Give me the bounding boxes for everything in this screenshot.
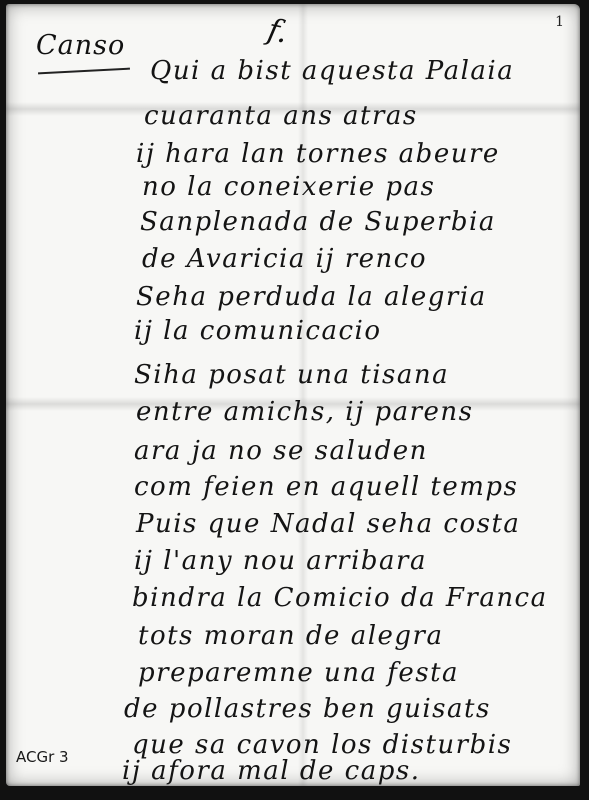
text-line: Qui a bist aquesta Palaia [150,56,514,86]
text-line: Seha perduda la alegria [136,282,487,312]
text-line: ij hara lan tornes abeure [136,139,500,169]
archive-reference-label: ACGr 3 [16,748,69,766]
manuscript-page: Canso f. 1 Qui a bist aquesta Palaia cua… [6,4,580,786]
text-line: ij l'any nou arribara [134,546,427,576]
folio-mark: f. [265,12,291,50]
text-line: tots moran de alegra [138,621,443,651]
text-line: ij la comunicacio [134,316,382,346]
text-line: ij afora mal de caps. [122,756,420,786]
text-line: de pollastres ben guisats [124,694,491,724]
text-line: Sanplenada de Superbia [140,207,496,237]
page-number: 1 [555,14,564,30]
text-line: preparemne una festa [138,658,459,688]
document-heading: Canso [36,30,125,61]
text-line: com feien en aquell temps [134,472,518,502]
text-line: entre amichs, ij parens [136,397,474,427]
text-line: ara ja no se saluden [134,436,428,466]
text-line: Siha posat una tisana [134,360,449,390]
text-line: bindra la Comicio da Franca [132,583,548,613]
heading-underline [38,68,130,75]
text-line: Puis que Nadal seha costa [136,509,520,539]
text-line: cuaranta ans atras [144,101,418,131]
text-line: no la coneixerie pas [142,172,435,202]
text-line: de Avaricia ij renco [142,244,427,274]
